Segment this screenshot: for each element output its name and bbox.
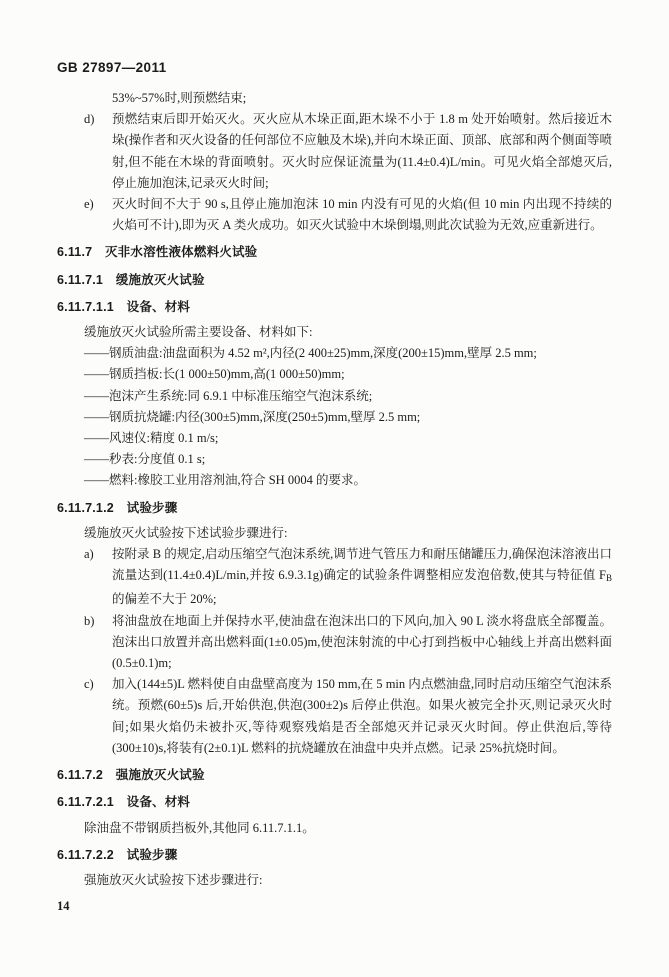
equipment-list-item: ——钢质油盘:油盘面积为 4.52 m²,内径(2 400±25)mm,深度(2… <box>84 343 612 364</box>
step-text-post: 的偏差不大于 20%; <box>112 592 217 606</box>
heading-6-11-7-1-1: 6.11.7.1.1 设备、材料 <box>57 297 612 318</box>
page-content: 53%~57%时,则预燃结束; d) 预燃结束后即开始灭火。灭火应从木垛正面,距… <box>57 88 612 891</box>
heading-6-11-7-1-2: 6.11.7.1.2 试验步骤 <box>57 498 612 519</box>
equipment-2-paragraph: 除油盘不带钢质挡板外,其他同 6.11.7.1.1。 <box>84 818 612 839</box>
list-item-text: 灭火时间不大于 90 s,且停止施加泡沫 10 min 内没有可见的火焰(但 1… <box>112 197 612 232</box>
list-item-label: e) <box>84 194 94 215</box>
heading-6-11-7-2-2: 6.11.7.2.2 试验步骤 <box>57 845 612 866</box>
step-item-b: b) 将油盘放在地面上并保持水平,使油盘在泡沫出口的下风向,加入 90 L 淡水… <box>57 611 612 675</box>
heading-6-11-7: 6.11.7 灭非水溶性液体燃料火试验 <box>57 242 612 263</box>
list-item-text: 预燃结束后即开始灭火。灭火应从木垛正面,距木垛不小于 1.8 m 处开始喷射。然… <box>112 112 612 190</box>
list-item-d: d) 预燃结束后即开始灭火。灭火应从木垛正面,距木垛不小于 1.8 m 处开始喷… <box>57 109 612 194</box>
heading-6-11-7-2-1: 6.11.7.2.1 设备、材料 <box>57 792 612 813</box>
list-item-label: a) <box>84 544 94 565</box>
equipment-list-item: ——钢质抗烧罐:内径(300±5)mm,深度(250±5)mm,壁厚 2.5 m… <box>84 407 612 428</box>
list-item-label: b) <box>84 611 94 632</box>
heading-6-11-7-2: 6.11.7.2 强施放灭火试验 <box>57 765 612 786</box>
steps-intro-paragraph: 缓施放灭火试验按下述试验步骤进行: <box>84 523 612 544</box>
list-item-text: 加入(144±5)L 燃料使自由盘壁高度为 150 mm,在 5 min 内点燃… <box>112 677 612 755</box>
page-number: 14 <box>57 899 70 914</box>
equipment-list-item: ——秒表:分度值 0.1 s; <box>84 449 612 470</box>
standard-code-header: GB 27897—2011 <box>57 60 167 75</box>
list-item-label: c) <box>84 674 94 695</box>
equipment-list-item: ——风速仪:精度 0.1 m/s; <box>84 428 612 449</box>
list-item-text: 将油盘放在地面上并保持水平,使油盘在泡沫出口的下风向,加入 90 L 淡水将盘底… <box>112 614 612 670</box>
subscript-fb: B <box>606 573 612 583</box>
list-item-label: d) <box>84 109 94 130</box>
equipment-list-item: ——燃料:橡胶工业用溶剂油,符合 SH 0004 的要求。 <box>84 470 612 491</box>
heading-6-11-7-1: 6.11.7.1 缓施放灭火试验 <box>57 270 612 291</box>
equipment-intro-paragraph: 缓施放灭火试验所需主要设备、材料如下: <box>84 322 612 343</box>
carryover-line: 53%~57%时,则预燃结束; <box>112 88 612 109</box>
steps-2-intro-paragraph: 强施放灭火试验按下述步骤进行: <box>84 870 612 891</box>
equipment-list-item: ——钢质挡板:长(1 000±50)mm,高(1 000±50)mm; <box>84 364 612 385</box>
equipment-list-item: ——泡沫产生系统:同 6.9.1 中标准压缩空气泡沫系统; <box>84 386 612 407</box>
list-item-e: e) 灭火时间不大于 90 s,且停止施加泡沫 10 min 内没有可见的火焰(… <box>57 194 612 236</box>
step-item-c: c) 加入(144±5)L 燃料使自由盘壁高度为 150 mm,在 5 min … <box>57 674 612 759</box>
scanned-standard-page: GB 27897—2011 53%~57%时,则预燃结束; d) 预燃结束后即开… <box>0 0 669 977</box>
step-item-a: a) 按附录 B 的规定,启动压缩空气泡沫系统,调节进气管压力和耐压储罐压力,确… <box>57 544 612 611</box>
step-text-pre: 按附录 B 的规定,启动压缩空气泡沫系统,调节进气管压力和耐压储罐压力,确保泡沫… <box>112 547 612 582</box>
